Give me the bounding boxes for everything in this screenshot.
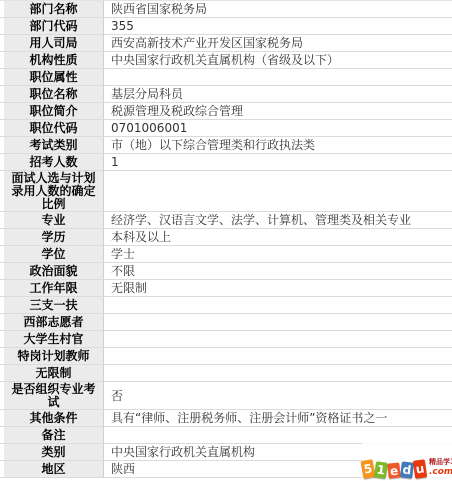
- table-row: 学位 学士: [0, 246, 452, 263]
- row-label: 是否组织专业考 试: [4, 382, 104, 409]
- row-label: 政治面貌: [4, 263, 104, 279]
- logo-letter-block: u: [413, 459, 427, 478]
- row-value: 基层分局科员: [104, 86, 452, 102]
- table-row: 西部志愿者: [0, 314, 452, 331]
- domain-suffix-label: .com: [429, 467, 452, 477]
- row-label: 学历: [4, 229, 104, 245]
- table-row: 职位名称 基层分局科员: [0, 86, 452, 103]
- row-label: 面试人选与计划 录用人数的确定 比例: [4, 171, 104, 211]
- row-label: 部门代码: [4, 18, 104, 34]
- table-row: 面试人选与计划 录用人数的确定 比例: [0, 171, 452, 212]
- table-row: 部门名称 陕西省国家税务局: [0, 1, 452, 18]
- table-row: 招考人数 1: [0, 154, 452, 171]
- row-label: 学位: [4, 246, 104, 262]
- row-value: [104, 365, 452, 381]
- table-row: 机构性质 中央国家行政机关直属机构（省级及以下）: [0, 52, 452, 69]
- row-value: [104, 171, 452, 211]
- table-row: 职位简介 税源管理及税政综合管理: [0, 103, 452, 120]
- 51edu-watermark-logo: 51edu 精品学习网 .com: [362, 440, 452, 478]
- row-value: 1: [104, 154, 452, 170]
- table-row: 职位属性: [0, 69, 452, 86]
- row-value: 不限: [104, 263, 452, 279]
- row-value: 市（地）以下综合管理类和行政执法类: [104, 137, 452, 153]
- row-label: 特岗计划教师: [4, 348, 104, 364]
- row-label: 机构性质: [4, 52, 104, 68]
- row-value: 陕西省国家税务局: [104, 1, 452, 17]
- row-value: [104, 314, 452, 330]
- row-label: 大学生村官: [4, 331, 104, 347]
- table-row: 其他条件 具有“律师、注册税务师、注册会计师”资格证书之一: [0, 410, 452, 427]
- table-row: 无限制: [0, 365, 452, 382]
- row-label: 招考人数: [4, 154, 104, 170]
- row-value: [104, 331, 452, 347]
- table-row: 部门代码 355: [0, 18, 452, 35]
- position-detail-table: 部门名称 陕西省国家税务局 部门代码 355 用人司局 西安高新技术产业开发区国…: [0, 0, 452, 478]
- 51edu-letter-blocks: 51edu: [362, 460, 427, 478]
- row-value: [104, 348, 452, 364]
- row-value: 学士: [104, 246, 452, 262]
- 51edu-logo-text: 精品学习网 .com: [429, 458, 452, 478]
- row-label: 三支一扶: [4, 297, 104, 313]
- row-value: 西安高新技术产业开发区国家税务局: [104, 35, 452, 51]
- row-label: 无限制: [4, 365, 104, 381]
- row-label: 其他条件: [4, 410, 104, 426]
- table-row: 三支一扶: [0, 297, 452, 314]
- row-label: 用人司局: [4, 35, 104, 51]
- row-label: 职位名称: [4, 86, 104, 102]
- row-value: 0701006001: [104, 120, 452, 136]
- row-value: 本科及以上: [104, 229, 452, 245]
- row-value: 经济学、汉语言文学、法学、计算机、管理类及相关专业: [104, 212, 452, 228]
- row-value: [104, 297, 452, 313]
- row-value: 否: [104, 382, 452, 409]
- row-label: 职位简介: [4, 103, 104, 119]
- table-row: 学历 本科及以上: [0, 229, 452, 246]
- logo-letter-block: e: [387, 462, 401, 478]
- row-value: [104, 69, 452, 85]
- logo-letter-block: d: [400, 461, 414, 478]
- table-row: 考试类别 市（地）以下综合管理类和行政执法类: [0, 137, 452, 154]
- table-row: 政治面貌 不限: [0, 263, 452, 280]
- row-label: 西部志愿者: [4, 314, 104, 330]
- row-value: 具有“律师、注册税务师、注册会计师”资格证书之一: [104, 410, 452, 426]
- site-name-label: 精品学习网: [429, 458, 452, 467]
- logo-letter-block: 1: [374, 461, 388, 479]
- row-label: 职位代码: [4, 120, 104, 136]
- table-row: 工作年限 无限制: [0, 280, 452, 297]
- row-label: 考试类别: [4, 137, 104, 153]
- row-value: 无限制: [104, 280, 452, 296]
- row-label: 部门名称: [4, 1, 104, 17]
- table-row: 专业 经济学、汉语言文学、法学、计算机、管理类及相关专业: [0, 212, 452, 229]
- row-label: 工作年限: [4, 280, 104, 296]
- table-row: 职位代码 0701006001: [0, 120, 452, 137]
- row-label: 类别: [4, 444, 104, 460]
- row-value: 中央国家行政机关直属机构（省级及以下）: [104, 52, 452, 68]
- row-label: 地区: [4, 461, 104, 477]
- row-value: 355: [104, 18, 452, 34]
- table-row: 用人司局 西安高新技术产业开发区国家税务局: [0, 35, 452, 52]
- row-label: 备注: [4, 427, 104, 443]
- row-label: 职位属性: [4, 69, 104, 85]
- row-label: 专业: [4, 212, 104, 228]
- row-value: 税源管理及税政综合管理: [104, 103, 452, 119]
- table-row: 特岗计划教师: [0, 348, 452, 365]
- table-row: 大学生村官: [0, 331, 452, 348]
- table-row: 是否组织专业考 试 否: [0, 382, 452, 410]
